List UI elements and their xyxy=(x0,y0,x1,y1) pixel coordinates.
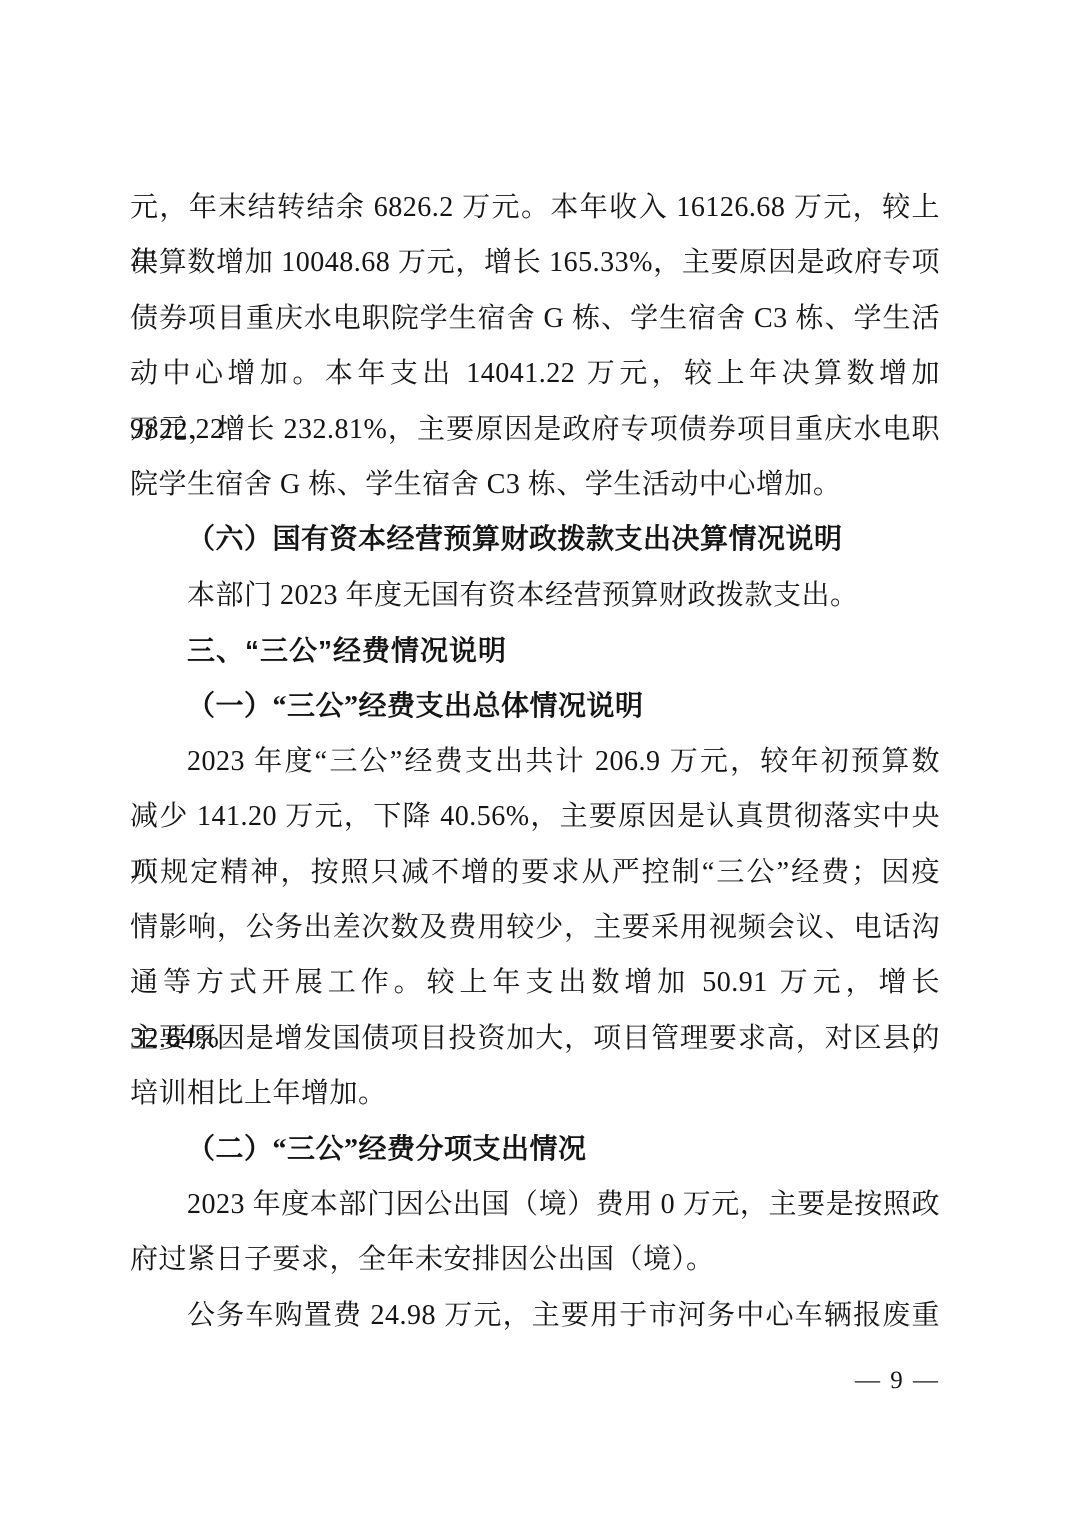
text-line: 本部门 2023 年度无国有资本经营预算财政拨款支出。 xyxy=(130,568,940,623)
text-line: 院学生宿舍 G 栋、学生宿舍 C3 栋、学生活动中心增加。 xyxy=(130,457,940,512)
text-line: 三、“三公”经费情况说明 xyxy=(130,623,940,678)
text-line: 通等方式开展工作。较上年支出数增加 50.91 万元，增长 32.64%， xyxy=(130,955,940,1010)
text-line: （一）“三公”经费支出总体情况说明 xyxy=(130,679,940,734)
page-number: — 9 — xyxy=(855,1366,940,1396)
text-line: 2023 年度“三公”经费支出共计 206.9 万元，较年初预算数 xyxy=(130,734,940,789)
text-line: 元，年末结转结余 6826.2 万元。本年收入 16126.68 万元，较上年 xyxy=(130,180,940,235)
document-page: 元，年末结转结余 6826.2 万元。本年收入 16126.68 万元，较上年决… xyxy=(0,0,1076,1519)
text-line: 府过紧日子要求，全年未安排因公出国（境）。 xyxy=(130,1232,940,1287)
text-line: 2023 年度本部门因公出国（境）费用 0 万元，主要是按照政 xyxy=(130,1177,940,1232)
text-line: 项规定精神，按照只减不增的要求从严控制“三公”经费；因疫 xyxy=(130,845,940,900)
text-line: 培训相比上年增加。 xyxy=(130,1066,940,1121)
text-line: （六）国有资本经营预算财政拨款支出决算情况说明 xyxy=(130,512,940,567)
text-line: 公务车购置费 24.98 万元，主要用于市河务中心车辆报废重 xyxy=(130,1288,940,1343)
text-line: 主要原因是增发国债项目投资加大，项目管理要求高，对区县的 xyxy=(130,1011,940,1066)
text-line: 动中心增加。本年支出 14041.22 万元，较上年决算数增加 9822.22 xyxy=(130,346,940,401)
text-line: 情影响，公务出差次数及费用较少，主要采用视频会议、电话沟 xyxy=(130,900,940,955)
document-body: 元，年末结转结余 6826.2 万元。本年收入 16126.68 万元，较上年决… xyxy=(130,180,940,1343)
text-line: 债券项目重庆水电职院学生宿舍 G 栋、学生宿舍 C3 栋、学生活 xyxy=(130,291,940,346)
text-line: 决算数增加 10048.68 万元，增长 165.33%，主要原因是政府专项 xyxy=(130,235,940,290)
text-line: 万元，增长 232.81%，主要原因是政府专项债券项目重庆水电职 xyxy=(130,402,940,457)
text-line: 减少 141.20 万元，下降 40.56%，主要原因是认真贯彻落实中央八 xyxy=(130,789,940,844)
text-line: （二）“三公”经费分项支出情况 xyxy=(130,1122,940,1177)
